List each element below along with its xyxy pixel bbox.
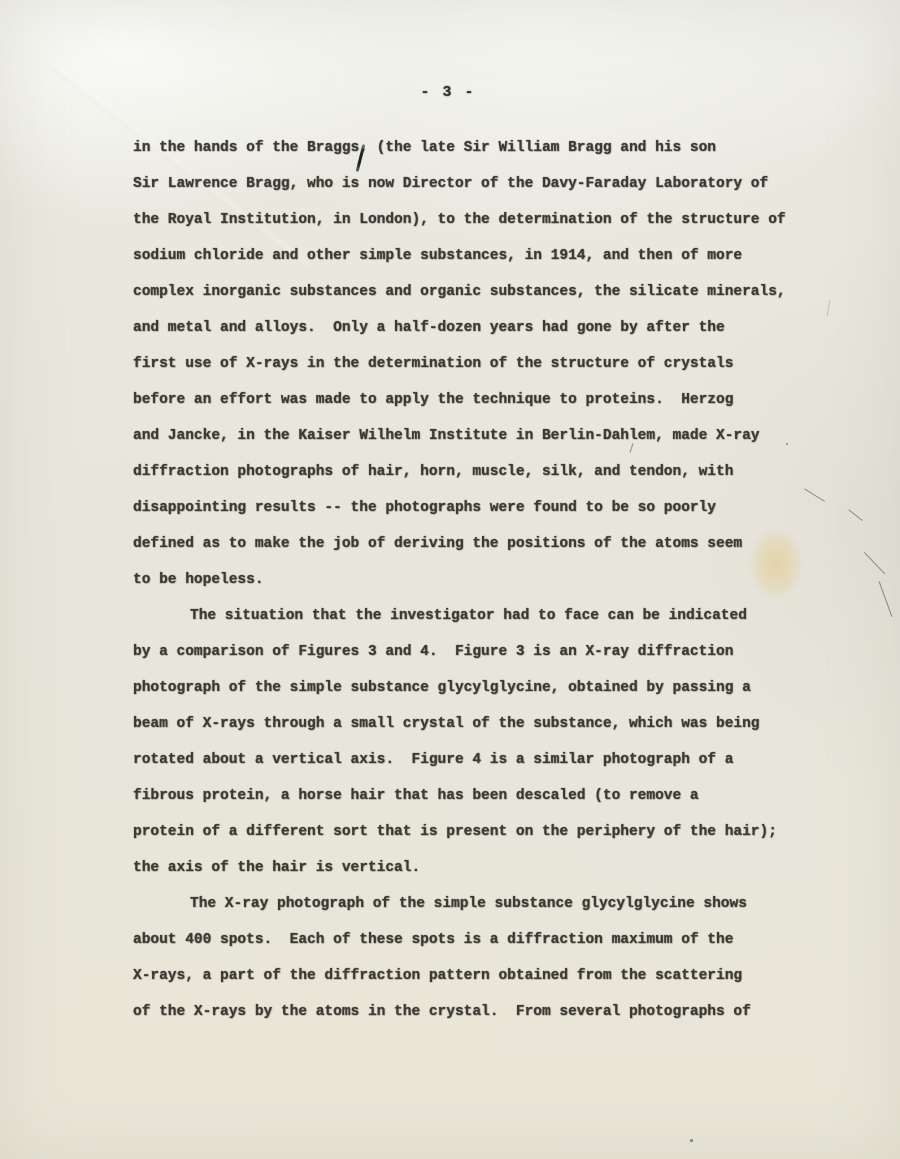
scratch-mark xyxy=(879,581,893,617)
typed-body: in the hands of the Braggs, (the late Si… xyxy=(133,130,823,1030)
text-line: and metal and alloys. Only a half-dozen … xyxy=(133,310,823,346)
text-line: sodium chloride and other simple substan… xyxy=(133,238,823,274)
text-line: X-rays, a part of the diffraction patter… xyxy=(133,958,823,994)
text-line: disappointing results -- the photographs… xyxy=(133,490,823,526)
text-line: defined as to make the job of deriving t… xyxy=(133,526,823,562)
paper-speck xyxy=(690,1139,693,1142)
text-line: before an effort was made to apply the t… xyxy=(133,382,823,418)
text-line: fibrous protein, a horse hair that has b… xyxy=(133,778,823,814)
text-line: complex inorganic substances and organic… xyxy=(133,274,823,310)
text-line: to be hopeless. xyxy=(133,562,823,598)
text-line: beam of X-rays through a small crystal o… xyxy=(133,706,823,742)
text-line: the axis of the hair is vertical. xyxy=(133,850,823,886)
manuscript-page: - 3 - in the hands of the Braggs, (the l… xyxy=(0,0,900,1159)
text-line: by a comparison of Figures 3 and 4. Figu… xyxy=(133,634,823,670)
text-line: protein of a different sort that is pres… xyxy=(133,814,823,850)
text-line: about 400 spots. Each of these spots is … xyxy=(133,922,823,958)
scratch-mark xyxy=(864,552,886,575)
text-line: of the X-rays by the atoms in the crysta… xyxy=(133,994,823,1030)
page-number: - 3 - xyxy=(0,84,896,101)
text-line: Sir Lawrence Bragg, who is now Director … xyxy=(133,166,823,202)
paragraph-3: The X-ray photograph of the simple subst… xyxy=(133,886,823,1030)
text-line: in the hands of the Braggs, (the late Si… xyxy=(133,130,823,166)
text-line: first use of X-rays in the determination… xyxy=(133,346,823,382)
text-line: photograph of the simple substance glycy… xyxy=(133,670,823,706)
paragraph-1: in the hands of the Braggs, (the late Si… xyxy=(133,130,823,598)
paper-fiber xyxy=(827,300,831,316)
text-line: the Royal Institution, in London), to th… xyxy=(133,202,823,238)
text-line: The X-ray photograph of the simple subst… xyxy=(133,886,823,922)
paragraph-2: The situation that the investigator had … xyxy=(133,598,823,886)
text-line: rotated about a vertical axis. Figure 4 … xyxy=(133,742,823,778)
text-line: The situation that the investigator had … xyxy=(133,598,823,634)
text-line: diffraction photographs of hair, horn, m… xyxy=(133,454,823,490)
scratch-mark xyxy=(848,509,863,521)
text-line: and Jancke, in the Kaiser Wilhelm Instit… xyxy=(133,418,823,454)
